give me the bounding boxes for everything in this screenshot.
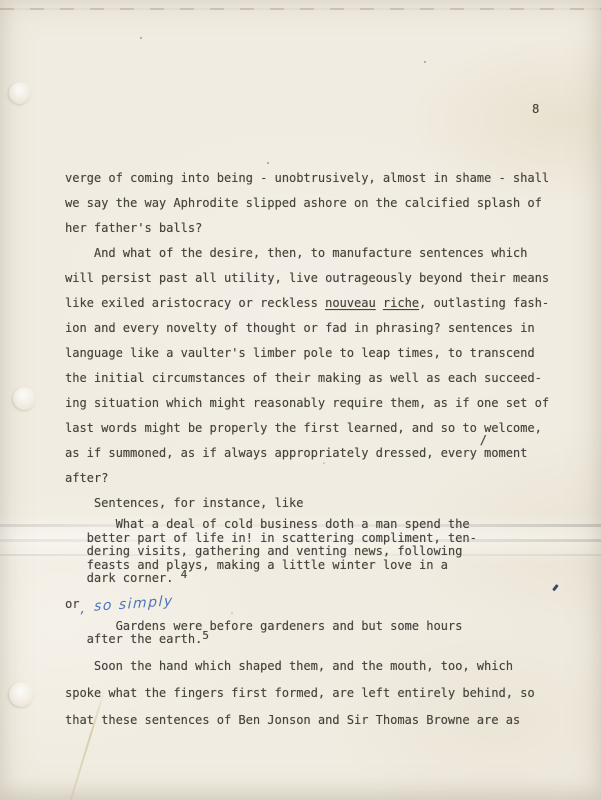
typescript-line: we say the way Aphrodite slipped ashore … — [65, 191, 565, 216]
blockquote-jonson: What a deal of cold business doth a man … — [87, 518, 565, 586]
typescript-line: that these sentences of Ben Jonson and S… — [65, 707, 565, 734]
punch-hole — [13, 387, 36, 410]
text-segment: dark corner. — [87, 571, 181, 585]
ink-speck — [424, 61, 426, 63]
typescript-line: verge of coming into being - unobtrusive… — [65, 166, 565, 191]
underlined-term: nouveau — [325, 296, 376, 310]
typescript-page: 8 verge of coming into being - unobtrusi… — [0, 0, 601, 800]
text-segment: after the earth. — [87, 632, 203, 646]
text-segment: , outlasting fash- — [419, 296, 549, 310]
typescript-line: last words might be properly the first l… — [65, 416, 565, 441]
text-segment: like exiled aristocracy or reckless — [65, 296, 325, 310]
quote-line: after the earth.5 — [87, 633, 565, 647]
typescript-line: after? — [65, 466, 565, 491]
footnote-marker: 4 — [181, 568, 188, 581]
ink-speck — [140, 37, 142, 39]
ink-speck — [267, 162, 269, 164]
paragraph-3-line: Sentences, for instance, like — [65, 491, 565, 516]
punch-hole — [9, 682, 34, 707]
typescript-line: language like a vaulter's limber pole to… — [65, 341, 565, 366]
quote-line: dark corner. 4 — [87, 572, 565, 586]
paragraph-2: And what of the desire, then, to manufac… — [65, 241, 565, 491]
underlined-term: riche — [383, 296, 419, 310]
text-segment: as if summoned, as if always appropriate… — [65, 446, 527, 460]
typescript-line: spoke what the fingers first formed, are… — [65, 680, 565, 707]
typescript-line: the initial circumstances of their makin… — [65, 366, 565, 391]
scan-edge-line — [0, 8, 601, 10]
handwritten-annotation: so simply — [94, 589, 174, 620]
quote-line: better part of life in! in scattering co… — [87, 532, 565, 546]
quote-line: What a deal of cold business doth a man … — [87, 518, 565, 532]
correction-slash: / — [480, 428, 487, 453]
text-segment — [376, 296, 383, 310]
typescript-line: like exiled aristocracy or reckless nouv… — [65, 291, 565, 316]
or-line: or,so simply — [65, 592, 565, 617]
text-segment: or — [65, 597, 79, 611]
typescript-line: ing situation which might reasonably req… — [65, 391, 565, 416]
typescript-line: will persist past all utility, live outr… — [65, 266, 565, 291]
typescript-line: And what of the desire, then, to manufac… — [65, 241, 565, 266]
page-number: 8 — [532, 102, 539, 116]
quote-line: feasts and plays, making a little winter… — [87, 559, 565, 573]
footnote-marker: 5 — [202, 629, 209, 642]
handwritten-comma: , — [80, 601, 84, 617]
paragraph-4: Soon the hand which shaped them, and the… — [65, 653, 565, 734]
typescript-line: her father's balls? — [65, 216, 565, 241]
blockquote-browne: Gardens were before gardeners and but so… — [87, 620, 565, 647]
typescript-body: verge of coming into being - unobtrusive… — [65, 166, 565, 734]
typescript-line: ion and every novelty of thought or fad … — [65, 316, 565, 341]
paragraph-1: verge of coming into being - unobtrusive… — [65, 166, 565, 241]
typescript-line: Soon the hand which shaped them, and the… — [65, 653, 565, 680]
punch-hole — [9, 82, 31, 104]
quote-line: Gardens were before gardeners and but so… — [87, 620, 565, 634]
typescript-line: as if summoned, as if always appropriate… — [65, 441, 565, 466]
quote-line: dering visits, gathering and venting new… — [87, 545, 565, 559]
